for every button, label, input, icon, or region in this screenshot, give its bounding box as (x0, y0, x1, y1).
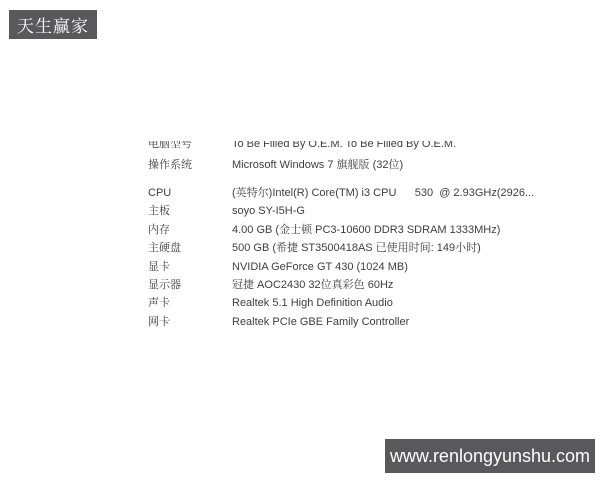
spec-value: 500 GB (希捷 ST3500418AS 已使用时间: 149小时) (232, 239, 481, 257)
spec-label: 操作系统 (148, 156, 232, 175)
spec-row-monitor: 显示器 冠捷 AOC2430 32位真彩色 60Hz (148, 276, 548, 294)
spec-row-sound-card: 声卡 Realtek 5.1 High Definition Audio (148, 294, 548, 312)
spec-value: (英特尔)Intel(R) Core(TM) i3 CPU 530 @ 2.93… (232, 184, 534, 202)
spec-label: 电脑型号 (148, 141, 232, 154)
spec-label: 内存 (148, 221, 232, 239)
spec-label: CPU (148, 184, 232, 202)
hardware-spec-table: 电脑型号 To Be Filled By O.E.M. To Be Filled… (148, 141, 548, 331)
spec-row-graphics-card: 显卡 NVIDIA GeForce GT 430 (1024 MB) (148, 258, 548, 276)
watermark-badge: 天生赢家 (9, 10, 97, 39)
spec-label: 主板 (148, 202, 232, 220)
spec-label: 显示器 (148, 276, 232, 294)
spec-row-motherboard: 主板 soyo SY-I5H-G (148, 202, 548, 220)
page: 天生赢家 电脑型号 To Be Filled By O.E.M. To Be F… (0, 0, 600, 480)
spec-row-cpu: CPU (英特尔)Intel(R) Core(TM) i3 CPU 530 @ … (148, 184, 548, 202)
website-watermark: www.renlongyunshu.com (385, 439, 595, 473)
spec-value: To Be Filled By O.E.M. To Be Filled By O… (232, 141, 456, 154)
spec-row-network-card: 网卡 Realtek PCIe GBE Family Controller (148, 313, 548, 331)
spec-label: 网卡 (148, 313, 232, 331)
spec-row-operating-system: 操作系统 Microsoft Windows 7 旗舰版 (32位) (148, 156, 548, 175)
spec-label: 显卡 (148, 258, 232, 276)
spec-value: 4.00 GB (金士顿 PC3-10600 DDR3 SDRAM 1333MH… (232, 221, 500, 239)
spec-row-memory: 内存 4.00 GB (金士顿 PC3-10600 DDR3 SDRAM 133… (148, 221, 548, 239)
spec-value: NVIDIA GeForce GT 430 (1024 MB) (232, 258, 408, 276)
spec-label: 声卡 (148, 294, 232, 312)
spec-value: Realtek 5.1 High Definition Audio (232, 294, 393, 312)
spec-value: Realtek PCIe GBE Family Controller (232, 313, 409, 331)
spec-value: 冠捷 AOC2430 32位真彩色 60Hz (232, 276, 393, 294)
spec-row-hard-disk: 主硬盘 500 GB (希捷 ST3500418AS 已使用时间: 149小时) (148, 239, 548, 257)
spec-value: soyo SY-I5H-G (232, 202, 305, 220)
spec-value: Microsoft Windows 7 旗舰版 (32位) (232, 156, 403, 175)
spec-label: 主硬盘 (148, 239, 232, 257)
spec-row-computer-model: 电脑型号 To Be Filled By O.E.M. To Be Filled… (148, 141, 548, 154)
